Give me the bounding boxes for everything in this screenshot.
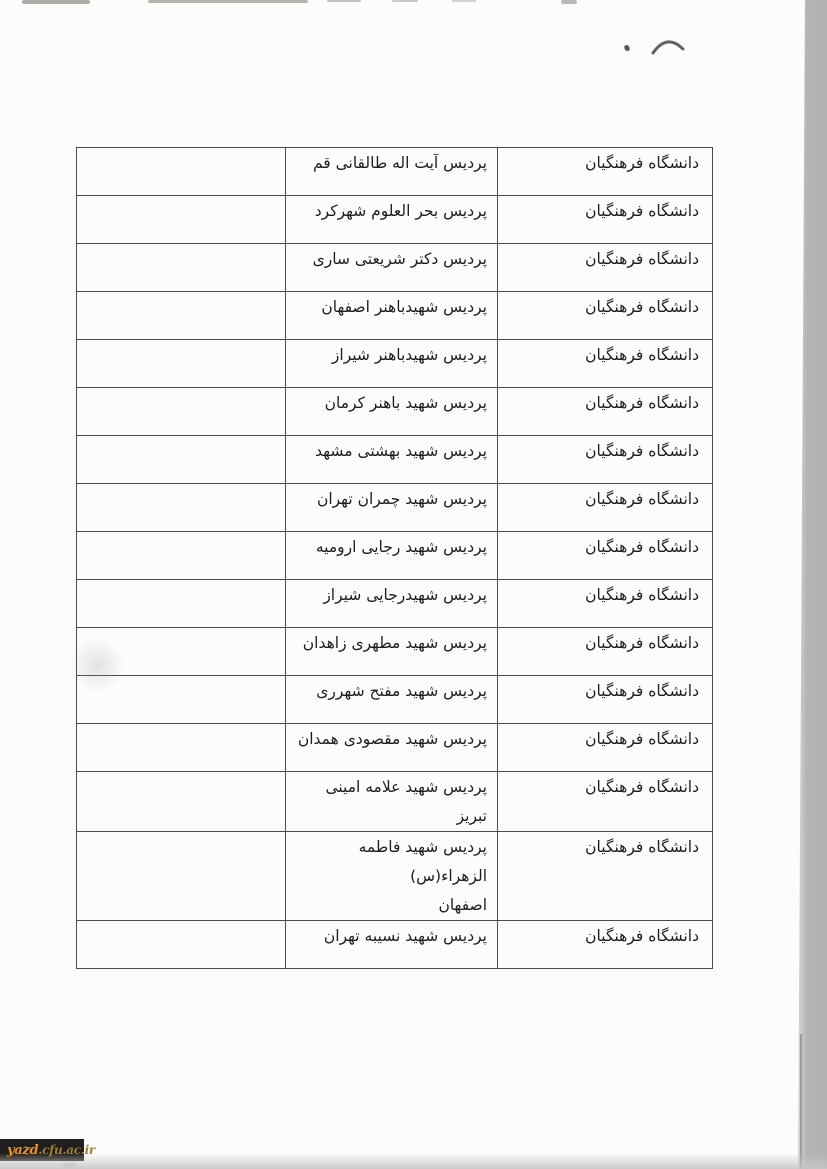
campus-cell: پردیس شهید مقصودی همدان bbox=[286, 724, 498, 772]
university-cell: دانشگاه فرهنگیان bbox=[498, 532, 713, 580]
campus-table-body: دانشگاه فرهنگیانپردیس آیت اله طالقانی قم… bbox=[77, 148, 713, 969]
table-row: دانشگاه فرهنگیانپردیس بحر العلوم شهرکرد bbox=[77, 196, 713, 244]
campus-cell: پردیس شهید علامه امینی تبریز bbox=[286, 772, 498, 832]
empty-notes-cell bbox=[77, 724, 286, 772]
table-row: دانشگاه فرهنگیانپردیس شهید مفتح شهرری bbox=[77, 676, 713, 724]
empty-notes-cell bbox=[77, 580, 286, 628]
empty-notes-cell bbox=[77, 436, 286, 484]
campus-cell: پردیس شهید نسیبه تهران bbox=[286, 921, 498, 969]
empty-notes-cell bbox=[77, 832, 286, 921]
university-cell: دانشگاه فرهنگیان bbox=[498, 580, 713, 628]
empty-notes-cell bbox=[77, 196, 286, 244]
university-cell: دانشگاه فرهنگیان bbox=[498, 436, 713, 484]
empty-notes-cell bbox=[77, 921, 286, 969]
university-cell: دانشگاه فرهنگیان bbox=[498, 921, 713, 969]
campus-cell: پردیس دکتر شریعتی ساری bbox=[286, 244, 498, 292]
table-row: دانشگاه فرهنگیانپردیس شهید مطهری زاهدان bbox=[77, 628, 713, 676]
university-cell: دانشگاه فرهنگیان bbox=[498, 772, 713, 832]
scanned-document-page: دانشگاه فرهنگیانپردیس آیت اله طالقانی قم… bbox=[0, 0, 827, 1169]
university-cell: دانشگاه فرهنگیان bbox=[498, 292, 713, 340]
university-cell: دانشگاه فرهنگیان bbox=[498, 484, 713, 532]
campus-cell: پردیس شهید فاطمه الزهراء(س) اصفهان bbox=[286, 832, 498, 921]
empty-notes-cell bbox=[77, 484, 286, 532]
scan-artifact-top bbox=[148, 0, 308, 3]
scan-artifact-top bbox=[561, 0, 577, 4]
campus-cell: پردیس آیت اله طالقانی قم bbox=[286, 148, 498, 196]
empty-notes-cell bbox=[77, 772, 286, 832]
scan-artifact-top bbox=[452, 0, 476, 2]
scan-artifact-top bbox=[392, 0, 418, 2]
university-cell: دانشگاه فرهنگیان bbox=[498, 148, 713, 196]
table-row: دانشگاه فرهنگیانپردیس شهید چمران تهران bbox=[77, 484, 713, 532]
university-cell: دانشگاه فرهنگیان bbox=[498, 340, 713, 388]
table-row: دانشگاه فرهنگیانپردیس شهید باهنر کرمان bbox=[77, 388, 713, 436]
table-row: دانشگاه فرهنگیانپردیس شهید مقصودی همدان bbox=[77, 724, 713, 772]
campus-table: دانشگاه فرهنگیانپردیس آیت اله طالقانی قم… bbox=[76, 147, 713, 969]
table-row: دانشگاه فرهنگیانپردیس آیت اله طالقانی قم bbox=[77, 148, 713, 196]
scan-artifact-top bbox=[327, 0, 361, 2]
university-cell: دانشگاه فرهنگیان bbox=[498, 628, 713, 676]
empty-notes-cell bbox=[77, 244, 286, 292]
table-row: دانشگاه فرهنگیانپردیس شهید نسیبه تهران bbox=[77, 921, 713, 969]
university-cell: دانشگاه فرهنگیان bbox=[498, 832, 713, 921]
table-row: دانشگاه فرهنگیانپردیس شهیدباهنر شیراز bbox=[77, 340, 713, 388]
scan-edge-right bbox=[798, 0, 827, 1169]
campus-cell: پردیس شهیدرجایی شیراز bbox=[286, 580, 498, 628]
campus-cell: پردیس شهید باهنر کرمان bbox=[286, 388, 498, 436]
scan-artifact-top bbox=[22, 0, 90, 4]
handwritten-pen-marks bbox=[612, 30, 692, 62]
table-row: دانشگاه فرهنگیانپردیس دکتر شریعتی ساری bbox=[77, 244, 713, 292]
table-row: دانشگاه فرهنگیانپردیس شهید رجایی ارومیه bbox=[77, 532, 713, 580]
campus-cell: پردیس شهید رجایی ارومیه bbox=[286, 532, 498, 580]
empty-notes-cell bbox=[77, 292, 286, 340]
table-row: دانشگاه فرهنگیانپردیس شهیدرجایی شیراز bbox=[77, 580, 713, 628]
university-cell: دانشگاه فرهنگیان bbox=[498, 244, 713, 292]
table-row: دانشگاه فرهنگیانپردیس شهیدباهنر اصفهان bbox=[77, 292, 713, 340]
table-row: دانشگاه فرهنگیانپردیس شهید بهشتی مشهد bbox=[77, 436, 713, 484]
scan-edge-right-shadow bbox=[800, 1034, 802, 1169]
empty-notes-cell bbox=[77, 532, 286, 580]
empty-notes-cell bbox=[77, 388, 286, 436]
scan-edge-bottom bbox=[0, 1153, 827, 1169]
campus-cell: پردیس شهید مطهری زاهدان bbox=[286, 628, 498, 676]
university-cell: دانشگاه فرهنگیان bbox=[498, 196, 713, 244]
university-cell: دانشگاه فرهنگیان bbox=[498, 676, 713, 724]
campus-cell: پردیس شهید بهشتی مشهد bbox=[286, 436, 498, 484]
university-cell: دانشگاه فرهنگیان bbox=[498, 724, 713, 772]
campus-cell: پردیس شهیدباهنر شیراز bbox=[286, 340, 498, 388]
table-row: دانشگاه فرهنگیانپردیس شهید علامه امینی ت… bbox=[77, 772, 713, 832]
campus-cell: پردیس شهید چمران تهران bbox=[286, 484, 498, 532]
campus-cell: پردیس شهیدباهنر اصفهان bbox=[286, 292, 498, 340]
campus-cell: پردیس بحر العلوم شهرکرد bbox=[286, 196, 498, 244]
university-cell: دانشگاه فرهنگیان bbox=[498, 388, 713, 436]
table-row: دانشگاه فرهنگیانپردیس شهید فاطمه الزهراء… bbox=[77, 832, 713, 921]
pen-mark-dot bbox=[623, 44, 631, 52]
pen-mark-arc bbox=[653, 42, 683, 53]
scan-artifact-left bbox=[70, 638, 125, 693]
empty-notes-cell bbox=[77, 340, 286, 388]
campus-cell: پردیس شهید مفتح شهرری bbox=[286, 676, 498, 724]
empty-notes-cell bbox=[77, 148, 286, 196]
